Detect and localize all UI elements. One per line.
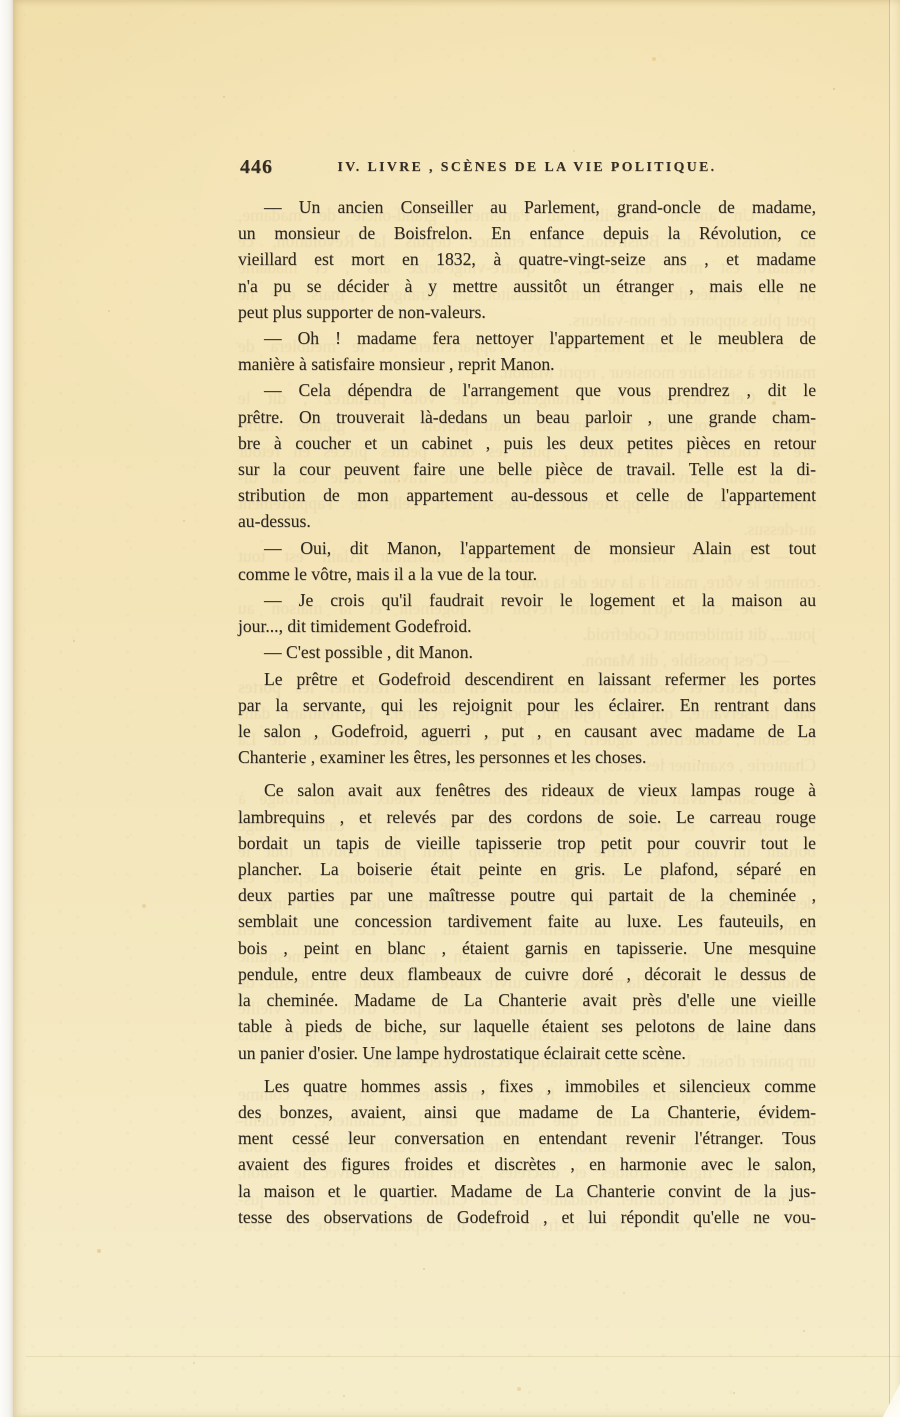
text-line: Chanterie , examiner les êtres, les pers… (238, 744, 816, 770)
text-line: la cheminée. Madame de La Chanterie avai… (238, 987, 816, 1013)
text-line: ment cessé leur conversation en entendan… (238, 1125, 816, 1151)
text-line: lambrequins , et relevés par des cordons… (238, 804, 816, 830)
text-line: un panier d'osier. Une lampe hydrostatiq… (238, 1040, 816, 1066)
book-page: — Un ancien Conseiller au Parlement, gra… (13, 0, 900, 1417)
text-line: — Oui, dit Manon, l'appartement de monsi… (238, 535, 816, 561)
text-line: pendule, entre deux flambeaux de cuivre … (238, 961, 816, 987)
paper-crease (26, 1356, 900, 1357)
page-header: 446 IV. LIVRE , SCÈNES DE LA VIE POLITIQ… (238, 156, 816, 180)
running-title: IV. LIVRE , SCÈNES DE LA VIE POLITIQUE. (337, 159, 716, 175)
text-line: Le prêtre et Godefroid descendirent en l… (238, 666, 816, 692)
page-edge-band (890, 0, 900, 1417)
text-column: — Un ancien Conseiller au Parlement, gra… (238, 194, 816, 1230)
text-line: — Je crois qu'il faudrait revoir le loge… (238, 587, 816, 613)
text-line: avaient des figures froides et discrètes… (238, 1151, 816, 1177)
text-line: n'a pu se décider à y mettre aussitôt un… (238, 273, 816, 299)
paragraph-2: — Oh ! madame fera nettoyer l'appartemen… (238, 325, 816, 377)
paragraph-6: — C'est possible , dit Manon. (238, 639, 816, 665)
text-line: le salon , Godefroid, aguerri , put , en… (238, 718, 816, 744)
text-line: au-dessus. (238, 508, 816, 534)
text-line: comme le vôtre, mais il a la vue de la t… (238, 561, 816, 587)
text-line: table à pieds de biche, sur laquelle éta… (238, 1013, 816, 1039)
paragraph-1: — Un ancien Conseiller au Parlement, gra… (238, 194, 816, 325)
paragraph-7: Le prêtre et Godefroid descendirent en l… (238, 666, 816, 771)
text-line: bre à coucher et un cabinet , puis les d… (238, 430, 816, 456)
text-line: deux parties par une maîtresse poutre qu… (238, 882, 816, 908)
paragraph-4: — Oui, dit Manon, l'appartement de monsi… (238, 535, 816, 587)
text-line: un monsieur de Boisfrelon. En enfance de… (238, 220, 816, 246)
text-line: — Un ancien Conseiller au Parlement, gra… (238, 194, 816, 220)
text-line: tesse des observations de Godefroid , et… (238, 1204, 816, 1230)
text-line: — Oh ! madame fera nettoyer l'appartemen… (238, 325, 816, 351)
text-line: — Cela dépendra de l'arrangement que vou… (238, 377, 816, 403)
paragraph-8: Ce salon avait aux fenêtres des rideaux … (238, 777, 816, 1065)
text-line: sur la cour peuvent faire une belle pièc… (238, 456, 816, 482)
text-line: bois , peint en blanc , étaient garnis e… (238, 935, 816, 961)
text-line: vieillard est mort en 1832, à quatre-vin… (238, 246, 816, 272)
paragraph-9: Les quatre hommes assis , fixes , immobi… (238, 1073, 816, 1230)
text-line: par la servante, qui les rejoignit pour … (238, 692, 816, 718)
text-line: peut plus supporter de non-valeurs. (238, 299, 816, 325)
text-line: manière à satisfaire monsieur , reprit M… (238, 351, 816, 377)
text-line: des bonzes, avaient, ainsi que madame de… (238, 1099, 816, 1125)
text-line: bordait un tapis de vieille tapisserie t… (238, 830, 816, 856)
text-line: plancher. La boiserie était peinte en gr… (238, 856, 816, 882)
paper-speckles (13, 0, 15, 2)
text-line: la maison et le quartier. Madame de La C… (238, 1178, 816, 1204)
text-line: jour..., dit timidement Godefroid. (238, 613, 816, 639)
paragraph-3: — Cela dépendra de l'arrangement que vou… (238, 377, 816, 534)
text-line: Les quatre hommes assis , fixes , immobi… (238, 1073, 816, 1099)
text-line: semblait une concession tardivement fait… (238, 908, 816, 934)
text-line: — C'est possible , dit Manon. (238, 639, 816, 665)
text-line: prêtre. On trouverait là-dedans un beau … (238, 404, 816, 430)
scanner-background-strip (0, 0, 13, 1417)
text-line: stribution de mon appartement au-dessous… (238, 482, 816, 508)
page-number: 446 (240, 156, 273, 179)
paragraph-5: — Je crois qu'il faudrait revoir le loge… (238, 587, 816, 639)
text-line: Ce salon avait aux fenêtres des rideaux … (238, 777, 816, 803)
